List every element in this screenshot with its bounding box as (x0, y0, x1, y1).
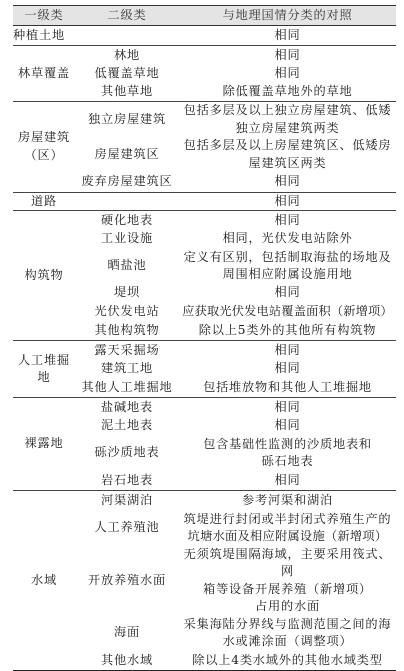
table-row: 种植土地 相同 (13, 26, 396, 46)
comparison-line: 独立房屋建筑两类 (236, 121, 340, 135)
comparison-line: 无须筑堤围隔海域，主要采用筏式、网 (184, 547, 392, 579)
level2-cell: 工业设施 (75, 230, 179, 249)
comparison-cell: 采集海陆分界线与监测范围之间的海 水或滩涂面（调整项） (179, 616, 396, 651)
comparison-line: 采集海陆分界线与监测范围之间的海 (184, 617, 392, 631)
level2-cell (75, 26, 179, 46)
comparison-cell: 筑堤进行封闭或半封闭式养殖生产的 坑塘水面及相应附属设施（新增项） (179, 511, 396, 546)
level2-cell: 盐碱地表 (75, 398, 179, 417)
comparison-cell: 除以上5类外的其他所有构筑物 (179, 322, 396, 341)
level2-cell: 河渠湖泊 (75, 491, 179, 511)
comparison-line: 屋建筑区两类 (249, 156, 327, 170)
comparison-cell: 参考河渠和湖泊 (179, 491, 396, 511)
table-row: 林草覆盖 林地 相同 (13, 46, 396, 65)
level2-cell: 岩石地表 (75, 471, 179, 491)
comparison-line: 占用的水面 (255, 599, 320, 613)
level1-cell: 人工堆掘 地 (13, 341, 75, 398)
comparison-line: 水或滩涂面（调整项） (223, 634, 353, 648)
level2-cell: 海面 (75, 616, 179, 651)
group-excavated-land: 人工堆掘 地 露天采掘场 相同 建筑工地 相同 其他人工堆掘地 包括堆放物和其他… (13, 341, 396, 398)
level1-cell: 裸露地 (13, 398, 75, 491)
comparison-line: 定义有区别，包括制取海盐的场地及 (184, 250, 392, 264)
level2-cell: 其他构筑物 (75, 322, 179, 341)
comparison-cell: 相同 (179, 65, 396, 83)
comparison-line: 包括多层及以上房屋建筑区、低矮房 (184, 138, 392, 152)
group-bare-land: 裸露地 盐碱地表 相同 泥土地表 相同 砾沙质地表 包含基础性监测的沙质地表和 … (13, 398, 396, 491)
comparison-cell: 包括多层及以上独立房屋建筑、低矮 独立房屋建筑两类 (179, 102, 396, 138)
level2-cell: 硬化地表 (75, 211, 179, 230)
comparison-line: 周围相应附属设施用地 (223, 267, 353, 281)
comparison-line: 坑塘水面及相应附属设施（新增项） (188, 529, 388, 543)
comparison-cell: 相同 (179, 192, 396, 211)
level1-line: （区） (25, 147, 64, 165)
level1-cell: 道路 (13, 192, 75, 211)
level2-cell: 人工养殖池 (75, 511, 179, 546)
comparison-cell: 除低覆盖草地外的草地 (179, 83, 396, 102)
table-row: 构筑物 硬化地表 相同 (13, 211, 396, 230)
group-water: 水域 河渠湖泊 参考河渠和湖泊 人工养殖池 筑堤进行封闭或半封闭式养殖生产的 坑… (13, 491, 396, 651)
group-forest-grass: 林草覆盖 林地 相同 低覆盖草地 相同 其他草地 除低覆盖草地外的草地 (13, 46, 396, 102)
header-row: 一级类 二级类 与地理国情分类的对照 (13, 6, 396, 26)
comparison-cell: 相同 (179, 360, 396, 378)
level2-cell: 露天采掘场 (75, 341, 179, 360)
level2-cell: 晒盐池 (75, 249, 179, 284)
classification-comparison-table: 一级类 二级类 与地理国情分类的对照 种植土地 相同 林草覆盖 林地 相同 低覆… (13, 5, 396, 650)
comparison-cell: 相同 (179, 471, 396, 491)
level2-cell: 开放养殖水面 (75, 546, 179, 616)
table-row: 房屋建筑 （区） 独立房屋建筑 包括多层及以上独立房屋建筑、低矮 独立房屋建筑两… (13, 102, 396, 138)
level1-cell: 水域 (13, 491, 75, 651)
level2-cell: 废弃房屋建筑区 (75, 172, 179, 192)
level1-line: 人工堆掘 (18, 352, 70, 370)
comparison-line: 砾石地表 (262, 454, 314, 468)
comparison-line: 筑堤进行封闭或半封闭式养殖生产的 (184, 512, 392, 526)
level2-cell: 建筑工地 (75, 360, 179, 378)
level2-cell: 堤坝 (75, 284, 179, 303)
comparison-cell: 相同，光伏发电站除外 (179, 230, 396, 249)
header-comparison: 与地理国情分类的对照 (179, 6, 396, 26)
comparison-cell: 相同 (179, 284, 396, 303)
comparison-line: 箱等设备开展养殖（新增项） (203, 582, 372, 596)
table-header: 一级类 二级类 与地理国情分类的对照 (13, 6, 396, 26)
comparison-cell: 相同 (179, 211, 396, 230)
header-level2: 二级类 (75, 6, 179, 26)
level2-cell (75, 192, 179, 211)
level1-cell: 房屋建筑 （区） (13, 102, 75, 193)
comparison-cell: 无须筑堤围隔海域，主要采用筏式、网 箱等设备开展养殖（新增项） 占用的水面 (179, 546, 396, 616)
level2-cell: 林地 (75, 46, 179, 65)
group-planted-land: 种植土地 相同 (13, 26, 396, 46)
table-row: 裸露地 盐碱地表 相同 (13, 398, 396, 417)
comparison-cell: 相同 (179, 46, 396, 65)
level2-cell: 砾沙质地表 (75, 436, 179, 471)
table-row: 道路 相同 (13, 192, 396, 211)
group-buildings: 房屋建筑 （区） 独立房屋建筑 包括多层及以上独立房屋建筑、低矮 独立房屋建筑两… (13, 102, 396, 193)
comparison-cell: 相同 (179, 398, 396, 417)
level1-cell: 林草覆盖 (13, 46, 75, 102)
level2-cell: 光伏发电站 (75, 303, 179, 322)
comparison-cell: 相同 (179, 341, 396, 360)
level2-cell: 独立房屋建筑 (75, 102, 179, 138)
comparison-cell: 定义有区别，包括制取海盐的场地及 周围相应附属设施用地 (179, 249, 396, 284)
comparison-line: 包含基础性监测的沙质地表和 (203, 437, 372, 451)
level2-cell: 其他草地 (75, 83, 179, 102)
comparison-cell: 相同 (179, 26, 396, 46)
level2-cell: 低覆盖草地 (75, 65, 179, 83)
comparison-cell: 包含基础性监测的沙质地表和 砾石地表 (179, 436, 396, 471)
level1-cell: 种植土地 (13, 26, 75, 46)
comparison-cell: 应获取光伏发电站覆盖面积（新增项） (179, 303, 396, 322)
level2-cell: 其他人工堆掘地 (75, 378, 179, 398)
comparison-cell: 包括多层及以上房屋建筑区、低矮房 屋建筑区两类 (179, 137, 396, 172)
level2-cell: 泥土地表 (75, 417, 179, 436)
table-row: 人工堆掘 地 露天采掘场 相同 (13, 341, 396, 360)
comparison-cell: 相同 (179, 417, 396, 436)
level1-cell: 构筑物 (13, 211, 75, 341)
group-roads: 道路 相同 (13, 192, 396, 211)
level2-cell: 房屋建筑区 (75, 137, 179, 172)
comparison-cell: 相同 (179, 172, 396, 192)
table-row: 水域 河渠湖泊 参考河渠和湖泊 (13, 491, 396, 511)
header-level1: 一级类 (13, 6, 75, 26)
comparison-line: 包括多层及以上独立房屋建筑、低矮 (184, 103, 392, 117)
level1-line: 地 (38, 369, 51, 387)
level1-line: 房屋建筑 (18, 129, 70, 147)
comparison-cell: 包括堆放物和其他人工堆掘地 (179, 378, 396, 398)
group-structures: 构筑物 硬化地表 相同 工业设施 相同，光伏发电站除外 晒盐池 定义有区别，包括… (13, 211, 396, 341)
